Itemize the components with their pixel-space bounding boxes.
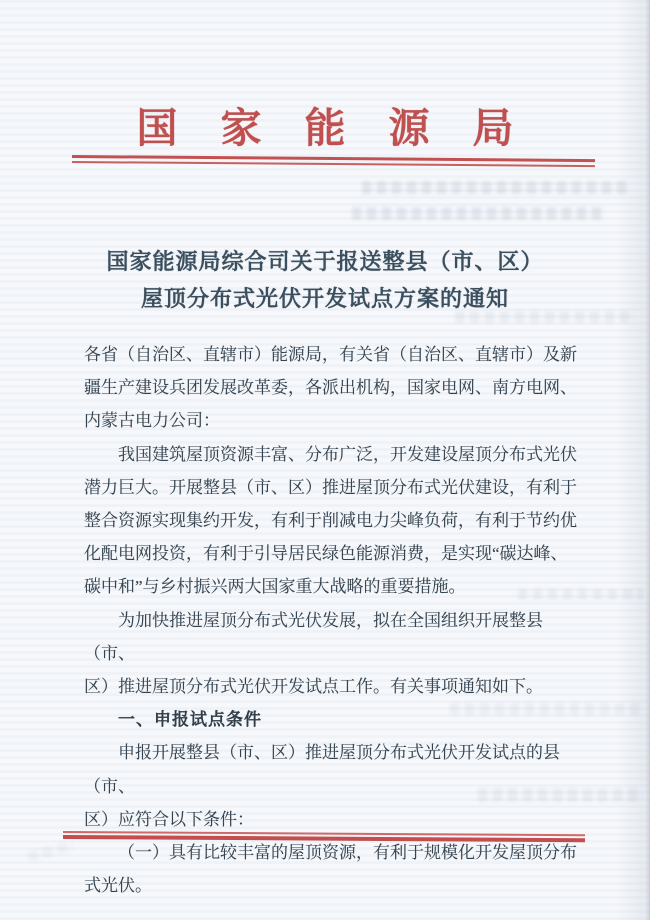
condition-one-paragraph: （一）具有比较丰富的屋顶资源，有利于规模化开发屋顶分布 式光伏。 [84,836,584,902]
document-body: 各省（自治区、直辖市）能源局，有关省（自治区、直辖市）及新 疆生产建设兵团发展改… [84,338,584,902]
document-title-line1: 国家能源局综合司关于报送整县（市、区） [0,245,650,276]
agency-header-title: 国家能源局 [0,104,650,152]
bleed-through-artifact [362,181,630,194]
salutation-paragraph: 各省（自治区、直辖市）能源局，有关省（自治区、直辖市）及新 疆生产建设兵团发展改… [84,338,584,438]
conditions-paragraph: 申报开展整县（市、区）推进屋顶分布式光伏开发试点的县（市、 区）应符合以下条件： [84,736,584,836]
document-title-line2: 屋顶分布式光伏开发试点方案的通知 [0,282,650,313]
bleed-through-artifact [352,207,604,220]
scanned-page: { "document": { "agency_header": "国家能源局"… [0,0,650,920]
letterhead-double-rule [72,155,595,167]
bleed-through-artifact [27,841,74,862]
intro-paragraph: 我国建筑屋顶资源丰富、分布广泛，开发建设屋顶分布式光伏 潜力巨大。开展整县（市、… [84,438,584,604]
purpose-paragraph: 为加快推进屋顶分布式光伏发展，拟在全国组织开展整县（市、 区）推进屋顶分布式光伏… [84,604,584,704]
section-1-heading: 一、申报试点条件 [84,703,584,736]
